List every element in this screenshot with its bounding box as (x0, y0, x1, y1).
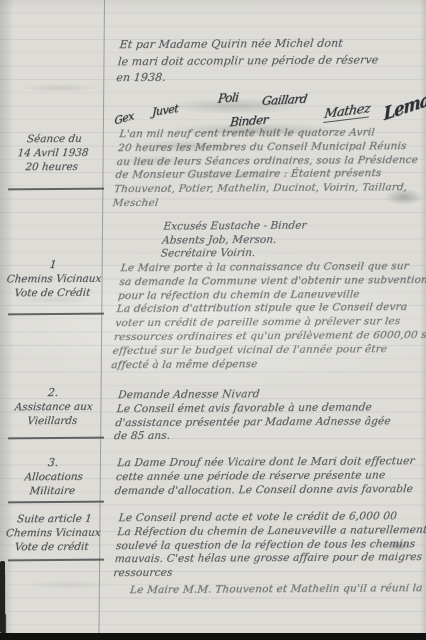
text-line: Le Maire M.M. Thouvenot et Mathelin qu'i… (129, 582, 426, 598)
register-page: Et par Madame Quirin née Michel dontle m… (0, 0, 426, 640)
margin-rule (8, 559, 104, 561)
item-number: 2. (5, 386, 100, 401)
minutes-paragraph-5: Le Maire M.M. Thouvenot et Mathelin qu'i… (129, 582, 426, 598)
minutes-paragraph-2: Demande Adnesse NivardLe Conseil émet av… (113, 387, 426, 444)
text-line: Militaire (5, 484, 100, 499)
margin-note-2-label: Assistance auxVieillards (5, 400, 102, 429)
item-number: 1 (5, 258, 100, 273)
signature: Gaillard (261, 92, 308, 108)
minutes-opening-paragraph: L'an mil neuf cent trente huit le quator… (112, 126, 426, 211)
margin-rule (8, 188, 104, 190)
page-edge-shadow-left (0, 561, 5, 633)
text-line: Suite article 1 (7, 512, 102, 527)
text-line: effectué sur le budget vicinal de l'anné… (112, 343, 426, 359)
page-edge-bottom (0, 633, 426, 640)
minutes-paragraph-3: La Dame Drouf née Vicaire dont le Mari d… (114, 455, 426, 499)
text-line: 14 Avril 1938 (5, 146, 100, 161)
minutes-paragraph-1: Le Maire porte à la connaissance du Cons… (110, 260, 426, 373)
margin-rule (8, 437, 104, 439)
margin-note-3-label: AllocationsMilitaire (5, 470, 102, 499)
text-line: en 1938. (115, 68, 426, 87)
margin-note-4: Suite article 1Chemins VicinauxVote de c… (4, 512, 102, 555)
text-line: Séance du (7, 132, 102, 147)
text-line: Excusés Eustache - Binder (163, 220, 307, 235)
text-line: Meschel (112, 195, 426, 211)
text-line: demande d'allocation. Le Conseil donne a… (114, 483, 426, 499)
text-line: d'assistance présentée par Madame Adness… (115, 415, 426, 431)
text-line: Allocations (6, 470, 101, 485)
signature: Gex (114, 109, 134, 128)
text-line: Chemins Vicinaux (5, 526, 100, 541)
margin-rule (8, 501, 104, 503)
text-line: Chemins Vicinaux (6, 272, 101, 287)
text-line: Absents Job, Merson. (161, 233, 305, 248)
text-line: Vieillards (5, 414, 100, 429)
text-line: mauvais. C'est hélas une grosse affaire … (114, 551, 426, 567)
margin-note-1: 1 (5, 258, 100, 273)
top-note: Et par Madame Quirin née Michel dontle m… (115, 35, 426, 87)
signature: Juvet (152, 102, 178, 119)
text-line: Vote de crédit (4, 540, 99, 555)
minutes-paragraph-4: Le Conseil prend acte et vote le crédit … (113, 510, 426, 581)
text-line: affecté à la même dépense (110, 356, 424, 372)
text-line: Assistance aux (6, 400, 101, 415)
text-line: 20 heures (4, 160, 99, 175)
roll-call: Excusés Eustache - BinderAbsents Job, Me… (160, 220, 307, 262)
text-line: Thouvenot, Potier, Mathelin, Ducinot, Vo… (113, 181, 426, 197)
signature: Mathez (323, 101, 371, 123)
text-line: Vote de Crédit (5, 286, 100, 301)
margin-note-3: 3. (5, 456, 100, 471)
text-line: Secrétaire Voirin. (160, 247, 304, 262)
text-line: sa demande la Commune vient d'obtenir un… (119, 274, 426, 290)
signature: Lemaire (383, 83, 426, 126)
item-number: 3. (5, 456, 100, 471)
text-line: ressources (113, 565, 426, 581)
margin-rule (8, 313, 104, 315)
margin-note-2: 2. (5, 386, 100, 401)
margin-note-1-label: Chemins VicinauxVote de Crédit (5, 272, 102, 301)
signature: Poli (217, 90, 239, 106)
margin-note-seance: Séance du14 Avril 193820 heures (4, 132, 102, 175)
text-line: de 85 ans. (113, 428, 426, 444)
